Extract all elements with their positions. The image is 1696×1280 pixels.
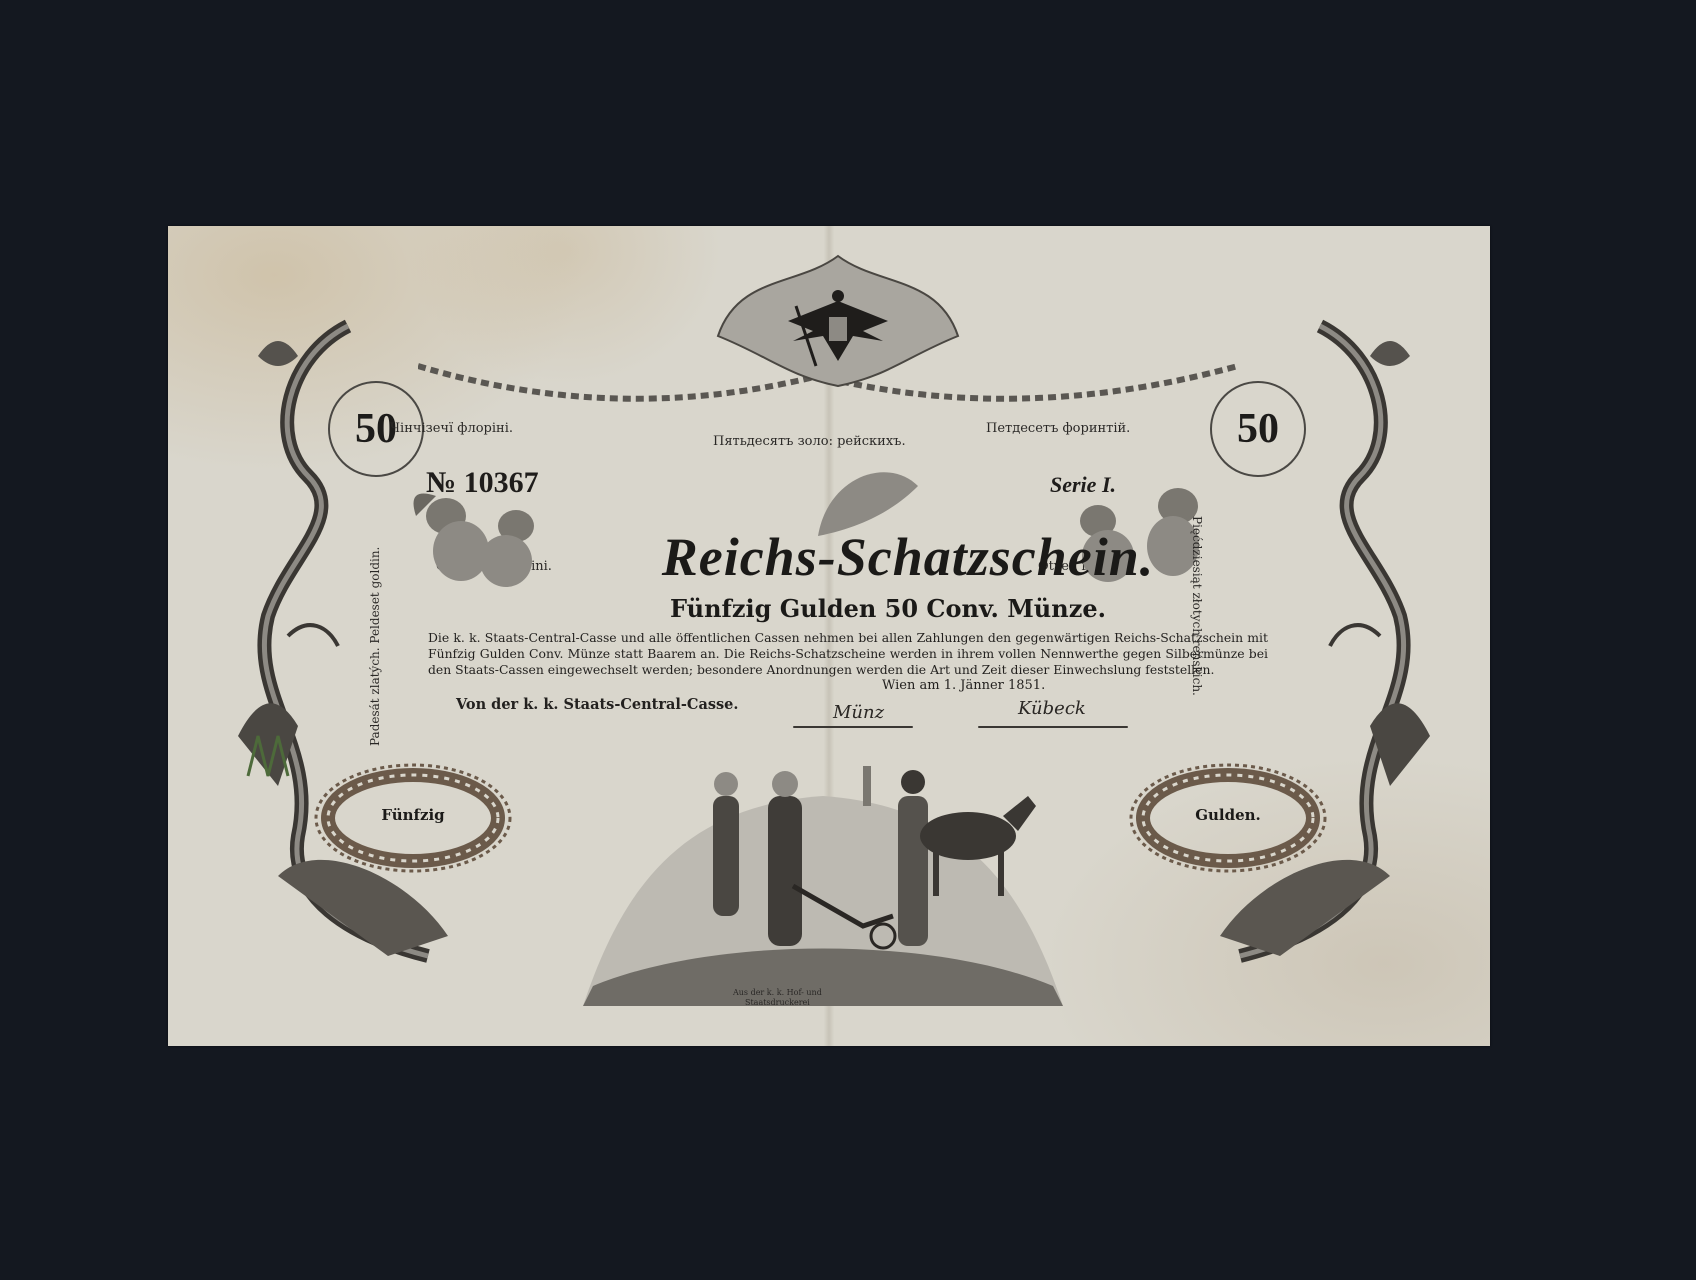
text-serbian: Петдесетъ форинтій. (986, 421, 1130, 436)
note-title: Reichs-Schatzschein. (598, 526, 1218, 588)
oval-left: Fünfzig (313, 762, 513, 874)
oval-right: Gulden. (1128, 762, 1328, 874)
printer-imprint: Aus der k. k. Hof- und Staatsdruckerei (733, 988, 822, 1008)
text-czech-vertical: Padesát zlatých. Peldeset goldin. (368, 547, 382, 746)
cherub-icon (406, 476, 556, 596)
oval-left-label: Fünfzig (313, 806, 513, 824)
text-ukrainian: Чінчізечї флоріні. (390, 421, 513, 436)
note-subtitle: Fünfzig Gulden 50 Conv. Münze. (588, 594, 1188, 623)
oval-right-label: Gulden. (1128, 806, 1328, 824)
banknote: 50 50 Чінчізечї флоріні. Пятьдесятъ золо… (168, 226, 1490, 1046)
text-polish-vertical: Pięćdziesiąt złotych reńskich. (1190, 516, 1204, 696)
note-body-text: Die k. k. Staats-Central-Casse und alle … (428, 630, 1268, 678)
denomination-right: 50 (1210, 381, 1306, 477)
printer-line-1: Aus der k. k. Hof- und (733, 988, 822, 998)
emblem-cartouche (708, 246, 968, 396)
printer-line-2: Staatsdruckerei (733, 998, 822, 1008)
plough-scene-icon (563, 686, 1083, 1016)
